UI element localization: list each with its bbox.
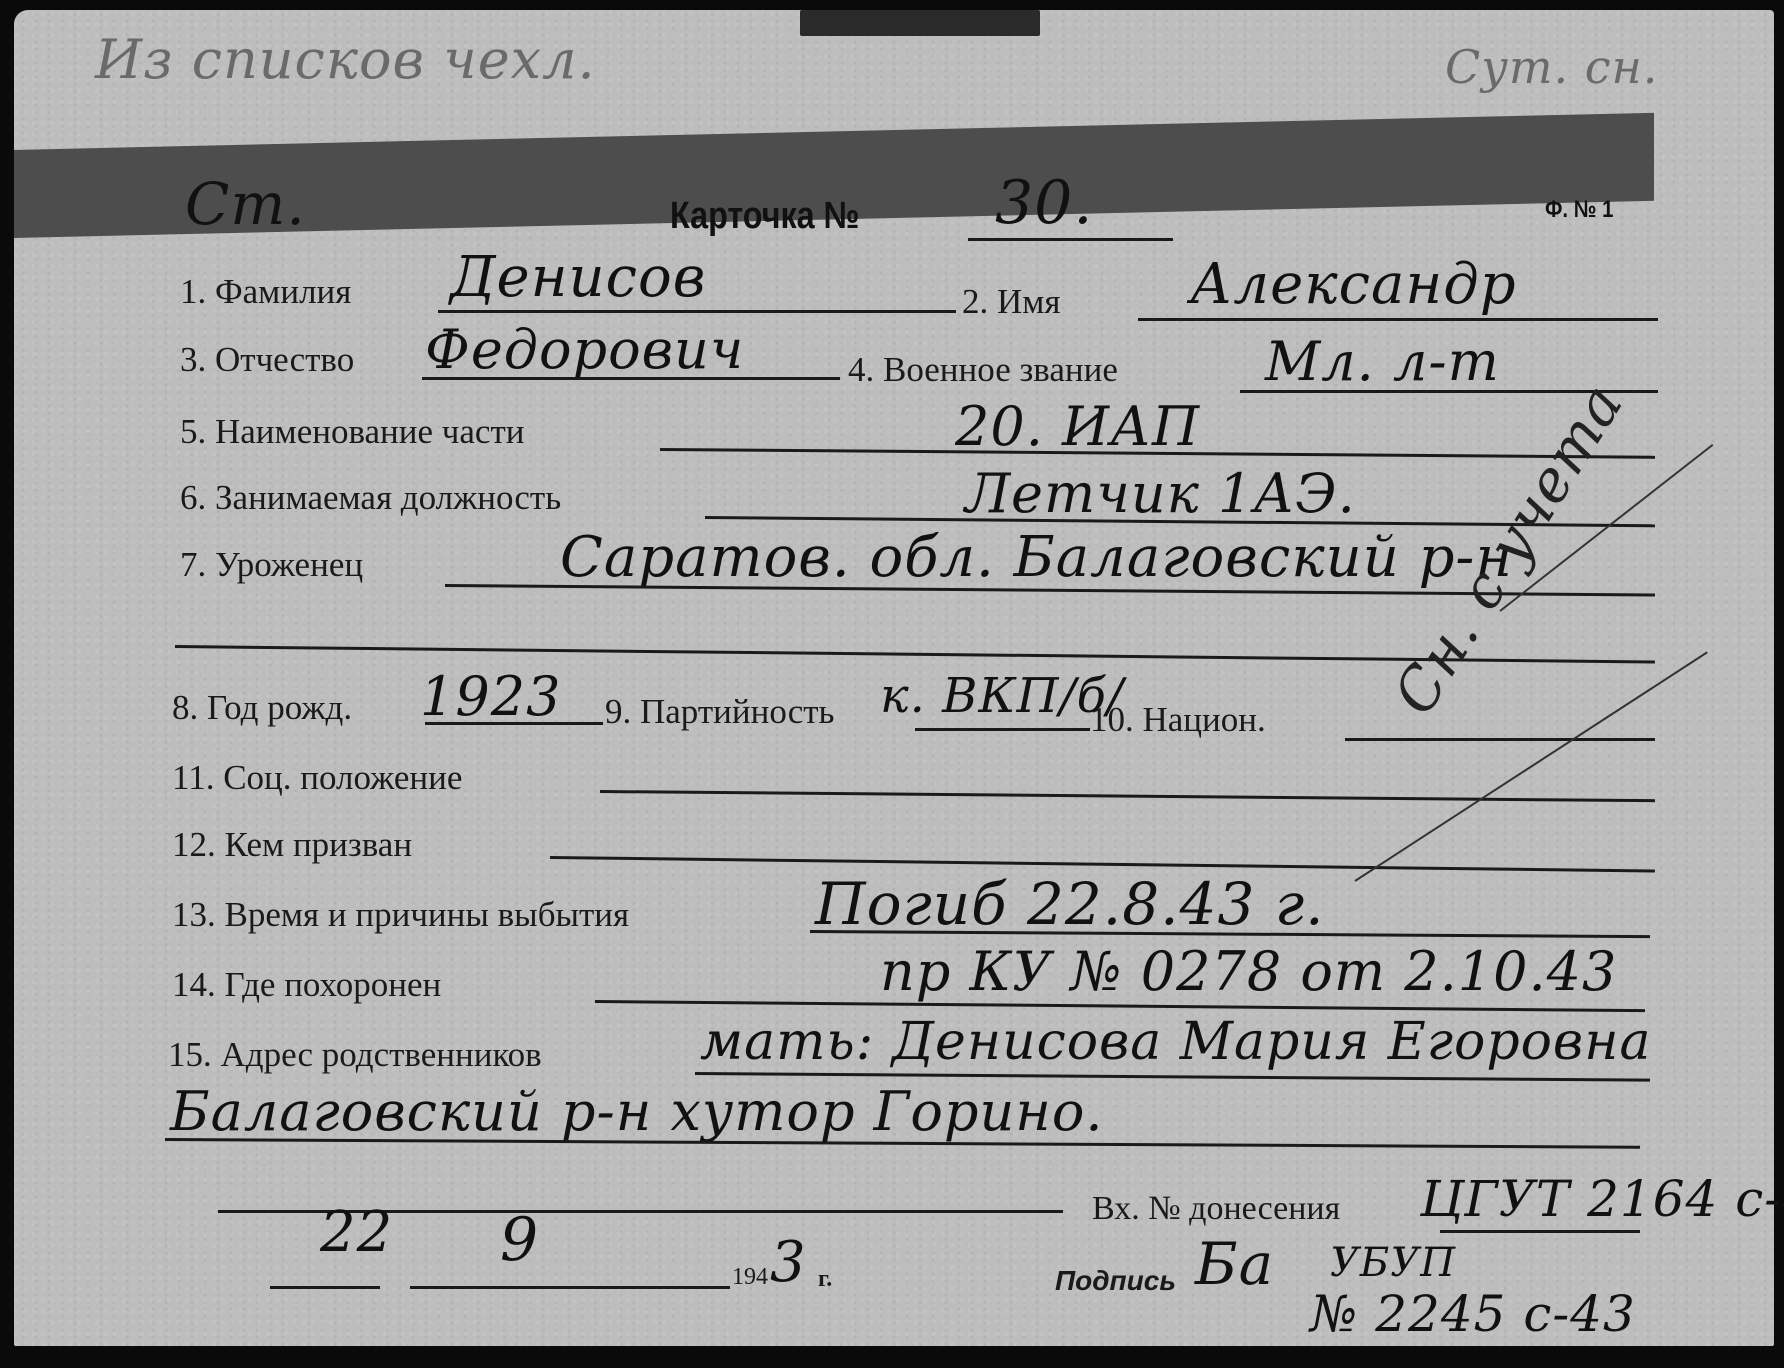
field-2-line (1138, 318, 1658, 321)
field-1-value: Денисов (450, 245, 706, 310)
field-5-label: 5. Наименование части (180, 412, 525, 452)
field-14-label: 14. Где похоронен (172, 965, 441, 1005)
field-13-value: Погиб 22.8.43 г. (815, 870, 1325, 938)
field-10-line (1345, 738, 1655, 741)
card-top-tab (800, 10, 1040, 36)
field-15-label: 15. Адрес родственников (168, 1035, 542, 1075)
field-8-value: 1923 (420, 665, 561, 728)
form-code: Ф. № 1 (1545, 196, 1614, 224)
field-1-label: 1. Фамилия (180, 272, 351, 312)
card-number: 30. (995, 168, 1093, 238)
field-2-label: 2. Имя (962, 282, 1061, 322)
date-year-prefix: 194 (732, 1264, 768, 1291)
signature-value: Ба (1195, 1230, 1274, 1298)
date-month: 9 (500, 1205, 539, 1275)
field-8-line (425, 722, 603, 725)
field-6-value: Летчик 1АЭ. (965, 462, 1356, 525)
signature-note-1: УБУП (1330, 1240, 1456, 1286)
field-11-label: 11. Соц. положение (172, 758, 462, 798)
field-12-label: 12. Кем призван (172, 825, 412, 865)
field-1-line (438, 310, 956, 313)
field-7-label: 7. Уроженец (180, 545, 363, 585)
report-number-value: ЦГУТ 2164 с-43 г. (1420, 1170, 1784, 1228)
field-7-value: Саратов. обл. Балаговский р-н (560, 525, 1513, 590)
card-title: Карточка № (670, 195, 860, 238)
date-day: 22 (320, 1200, 393, 1265)
field-13-label: 13. Время и причины выбытия (172, 895, 629, 935)
field-8-label: 8. Год рожд. (172, 688, 352, 728)
field-3-line (422, 377, 840, 380)
field-15-value-line2: Балаговский р-н хутор Горино. (170, 1080, 1104, 1143)
date-year-suffix: г. (818, 1266, 832, 1293)
field-10-label: 10. Национ. (1090, 700, 1266, 740)
header-mark: Ст. (185, 170, 306, 238)
card-number-line (968, 238, 1173, 241)
field-3-label: 3. Отчество (180, 340, 354, 380)
field-6-label: 6. Занимаемая должность (180, 478, 561, 518)
report-number-label: Вх. № донесения (1092, 1190, 1340, 1228)
date-year-digit: 3 (770, 1230, 807, 1295)
field-9-value: к. ВКП/б/ (880, 668, 1124, 724)
field-5-value: 20. ИАП (955, 395, 1200, 458)
field-3-value: Федорович (425, 318, 744, 381)
signature-note-2: № 2245 с-43 (1310, 1285, 1636, 1343)
field-9-label: 9. Партийность (605, 692, 835, 732)
report-number-line (1440, 1230, 1640, 1233)
field-9-line (915, 728, 1090, 731)
field-4-label: 4. Военное звание (848, 350, 1118, 390)
pencil-note-top-right: Сут. сн. (1445, 40, 1658, 94)
field-15-value: мать: Денисова Мария Егоровна (700, 1012, 1651, 1072)
pencil-note-top-left: Из списков чехл. (95, 28, 596, 91)
field-14-value: пр КУ № 0278 от 2.10.43 (880, 940, 1617, 1003)
date-day-line (270, 1286, 380, 1289)
field-4-value: Мл. л-т (1265, 330, 1500, 393)
date-month-line (410, 1286, 730, 1289)
field-2-value: Александр (1190, 252, 1517, 317)
signature-label: Подпись (1055, 1265, 1176, 1297)
